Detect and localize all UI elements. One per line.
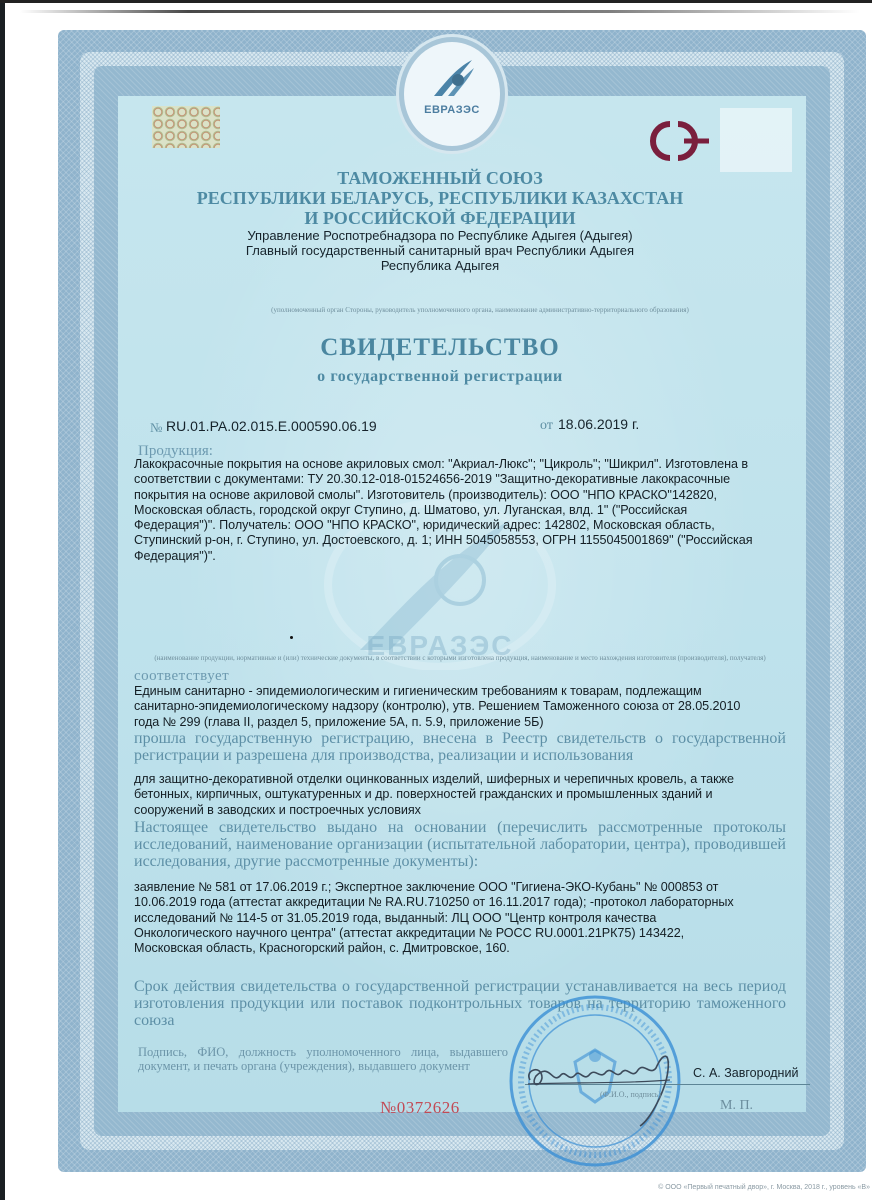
product-line: Ступинский р-он, г. Ступино, ул. Достоев… (134, 533, 784, 548)
certificate-title: СВИДЕТЕЛЬСТВО (130, 334, 750, 362)
registration-statement: прошла государственную регистрацию, внес… (134, 730, 786, 764)
authority-line: Республика Адыгея (180, 258, 700, 273)
conformity-label: соответствует (134, 668, 229, 685)
signer-name: С. А. Завгородний (693, 1066, 798, 1080)
certificate-number: RU.01.PA.02.015.E.000590.06.19 (166, 418, 377, 434)
product-line: соответствии с документами: ТУ 20.30.12-… (134, 472, 784, 487)
evrazes-logo-text: ЕВРАЗЭС (404, 104, 500, 116)
union-title-line: И РОССИЙСКОЙ ФЕДЕРАЦИИ (180, 208, 700, 228)
basis-line: заявление № 581 от 17.06.2019 г.; Экспер… (134, 880, 784, 895)
usage-line: бетонных, кирпичных, оштукатуренных и др… (134, 787, 784, 802)
basis-label: Настоящее свидетельство выдано на основа… (134, 819, 786, 870)
issuing-authority: Управление Роспотребнадзора по Республик… (180, 228, 700, 273)
usage-scope: для защитно-декоративной отделки оцинков… (134, 772, 784, 818)
number-label: № (150, 420, 162, 436)
usage-line: сооружений в заводских и построечных усл… (134, 803, 784, 818)
scan-edge (0, 0, 5, 1200)
date-label: от (540, 418, 553, 434)
fio-caption: (Ф.И.О., подпись) (600, 1090, 661, 1099)
scan-edge-top (0, 0, 872, 3)
hologram-sticker (152, 106, 220, 148)
product-description: Лакокрасочные покрытия на основе акрилов… (134, 457, 784, 564)
blank-serial-number: №0372626 (380, 1098, 460, 1118)
product-caption: (наименование продукции, нормативные и (… (130, 654, 790, 662)
certificate-date: 18.06.2019 г. (558, 416, 639, 432)
conformity-line: Единым санитарно - эпидемиологическим и … (134, 684, 784, 699)
blank-patch (720, 108, 792, 172)
conformity-requirements: Единым санитарно - эпидемиологическим и … (134, 684, 784, 730)
product-line: Федерация")". (134, 549, 784, 564)
evrazes-swoosh-icon (430, 58, 476, 98)
product-line: Московская область, городской округ Ступ… (134, 503, 784, 518)
basis-line: Онкологического научного центра" (аттест… (134, 926, 784, 941)
product-line: Лакокрасочные покрытия на основе акрилов… (134, 457, 784, 472)
conformity-line: года № 299 (глава II, раздел 5, приложен… (134, 715, 784, 730)
certificate-subtitle: о государственной регистрации (130, 368, 750, 386)
scan-streak (20, 10, 860, 13)
basis-line: исследований № 114-5 от 31.05.2019 года,… (134, 911, 784, 926)
union-title: ТАМОЖЕННЫЙ СОЮЗ РЕСПУБЛИКИ БЕЛАРУСЬ, РЕС… (180, 168, 700, 228)
usage-line: для защитно-декоративной отделки оцинков… (134, 772, 784, 787)
basis-documents: заявление № 581 от 17.06.2019 г.; Экспер… (134, 880, 784, 956)
ink-dot (290, 636, 293, 639)
printer-credit: © ООО «Первый печатный двор», г. Москва,… (570, 1184, 870, 1191)
union-title-line: РЕСПУБЛИКИ БЕЛАРУСЬ, РЕСПУБЛИКИ КАЗАХСТА… (180, 188, 700, 208)
stamp-place-label: М. П. (720, 1098, 753, 1114)
product-line: покрытия на основе акриловой смолы". Изг… (134, 488, 784, 503)
authority-line: Управление Роспотребнадзора по Республик… (180, 228, 700, 243)
union-title-line: ТАМОЖЕННЫЙ СОЮЗ (180, 168, 700, 188)
conformity-line: санитарно-эпидемиологическому надзору (к… (134, 699, 784, 714)
handwritten-signature-icon (520, 1040, 700, 1130)
authority-caption: (уполномоченный орган Стороны, руководит… (180, 306, 780, 314)
signature-caption: Подпись, ФИО, должность уполномоченного … (138, 1045, 508, 1073)
basis-line: Московская область, Красногорский район,… (134, 941, 784, 956)
validity-statement: Срок действия свидетельства о государств… (134, 978, 786, 1029)
sanitary-epidemiological-mark-icon (640, 116, 712, 166)
product-line: Федерация")". Получатель: ООО "НПО КРАСК… (134, 518, 784, 533)
basis-line: 10.06.2019 года (аттестат аккредитации №… (134, 895, 784, 910)
authority-line: Главный государственный санитарный врач … (180, 243, 700, 258)
